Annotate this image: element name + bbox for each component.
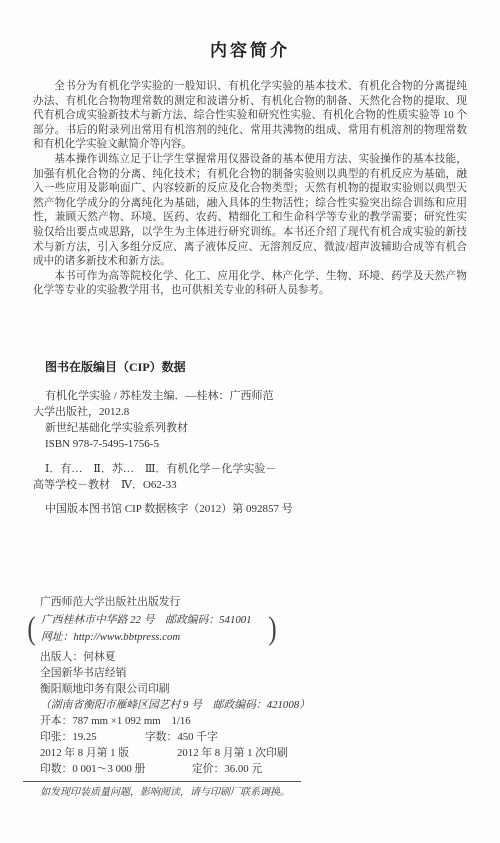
book-copyright-page: 内容简介 全书分为有机化学实验的一般知识、有机化学实验的基本技术、有机化合物的分… (0, 0, 500, 843)
cip-publisher-line: 大学出版社，2012.8 (33, 404, 363, 420)
cip-block: 有机化学实验 / 苏桂发主编．—桂林：广西师范 大学出版社，2012.8 新世纪… (33, 388, 363, 493)
content-summary: 全书分为有机化学实验的一般知识、有机化学实验的基本技术、有机化合物的分离提纯办法… (33, 80, 467, 299)
cip-classification-line-1: Ⅰ．有… Ⅱ．苏… Ⅲ．有机化学－化学实验－ (33, 461, 363, 477)
publisher-address-group: ( 广西桂林市中华路 22 号 邮政编码：541001 网址：http://ww… (26, 611, 460, 647)
cip-title-line: 有机化学实验 / 苏桂发主编．—桂林：广西师范 (33, 388, 363, 404)
printer-address-line: （湖南省衡阳市雁峰区园艺村 9 号 邮政编码：421008） (40, 697, 460, 713)
parenthesis-right: ) (268, 611, 276, 647)
publisher-website: 网址：http://www.bbtpress.com (41, 629, 267, 646)
issuer-line: 出版人：何林夏 (40, 649, 460, 665)
quality-note: 如发现印装质量问题，影响阅读，请与印刷厂联系调换。 (40, 785, 460, 801)
cip-classification-line-2: 高等学校－教材 Ⅳ．O62-33 (33, 477, 363, 493)
cip-heading: 图书在版编目（CIP）数据 (45, 358, 186, 375)
summary-paragraph-1: 全书分为有机化学实验的一般知识、有机化学实验的基本技术、有机化合物的分离提纯办法… (33, 80, 467, 153)
cip-series-line: 新世纪基础化学实验系列教材 (33, 420, 363, 436)
parenthesis-left: ( (27, 611, 35, 647)
printer-line: 衡阳顺地印务有限公司印刷 (40, 681, 460, 697)
publisher-address-lines: 广西桂林市中华路 22 号 邮政编码：541001 网址：http://www.… (37, 612, 267, 646)
publisher-line: 广西师范大学出版社出版发行 (40, 594, 460, 610)
cip-spacer (33, 452, 363, 461)
sheets-wordcount-line: 印张：19.25 字数：450 千字 (40, 729, 460, 745)
price-value: 定价：36.00 元 (192, 761, 262, 777)
colophon-block: 广西师范大学出版社出版发行 ( 广西桂林市中华路 22 号 邮政编码：54100… (40, 594, 460, 801)
sheets-value: 印张：19.25 (40, 729, 145, 745)
summary-paragraph-3: 本书可作为高等院校化学、化工、应用化学、林产化学、生物、环境、药学及天然产物化学… (33, 270, 467, 299)
printrun-price-line: 印数：0 001～3 000 册 定价：36.00 元 (40, 761, 460, 777)
cip-record-number: 中国版本图书馆 CIP 数据核字（2012）第 092857 号 (45, 500, 293, 516)
edition-value: 2012 年 8 月第 1 版 (40, 745, 177, 761)
cip-isbn-line: ISBN 978-7-5495-1756-5 (33, 436, 363, 452)
footer-divider (23, 781, 301, 782)
summary-paragraph-2: 基本操作训练立足于让学生掌握常用仪器设备的基本使用方法、实验操作的基本技能，加强… (33, 153, 467, 270)
impression-value: 2012 年 8 月第 1 次印刷 (177, 745, 288, 761)
wordcount-value: 字数：450 千字 (145, 729, 218, 745)
publisher-address: 广西桂林市中华路 22 号 邮政编码：541001 (41, 612, 267, 629)
page-title: 内容简介 (0, 36, 500, 61)
distribution-line: 全国新华书店经销 (40, 665, 460, 681)
printrun-value: 印数：0 001～3 000 册 (40, 761, 192, 777)
edition-impression-line: 2012 年 8 月第 1 版 2012 年 8 月第 1 次印刷 (40, 745, 460, 761)
format-line: 开本：787 mm ×1 092 mm 1/16 (40, 713, 460, 729)
